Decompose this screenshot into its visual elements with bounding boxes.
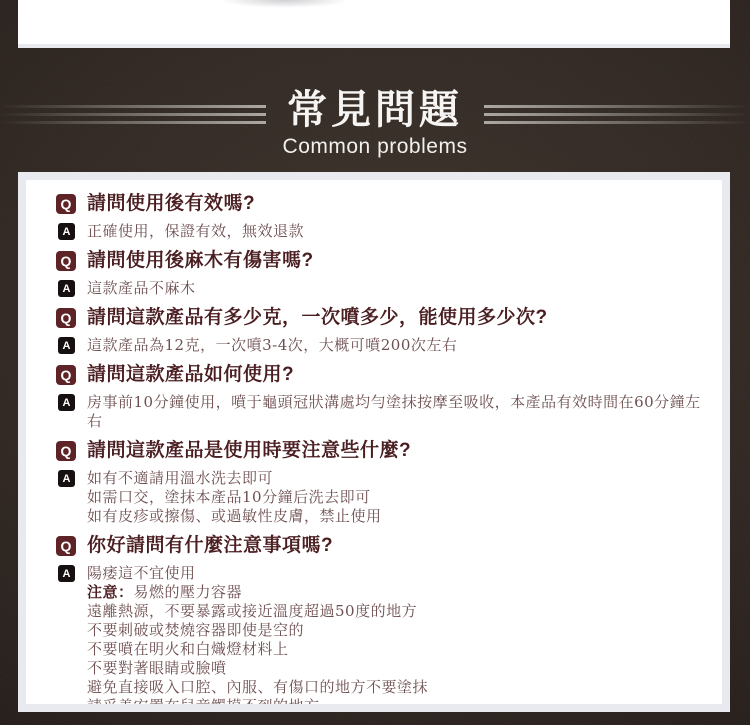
answer-note-prefix: 注意：: [87, 584, 134, 601]
answer-lines: 正確使用，保證有效，無效退款: [87, 222, 304, 241]
question-badge: Q: [56, 251, 76, 271]
answer-line: 注意：易燃的壓力容器: [87, 583, 428, 602]
answer-badge: A: [58, 470, 75, 487]
answer-line: 不要噴在明火和白熾燈材料上: [87, 640, 428, 659]
answer-badge: A: [58, 394, 75, 411]
answer-lines: 如有不適請用溫水洗去即可如需口交，塗抹本產品10分鐘后洗去即可如有皮疹或擦傷、或…: [87, 469, 382, 526]
answer-line: 正確使用，保證有效，無效退款: [87, 222, 304, 241]
answer-row: A 正確使用，保證有效，無效退款: [56, 222, 706, 241]
question-row: Q 請問這款產品有多少克，一次噴多少，能使用多少次?: [56, 306, 706, 330]
page-subtitle: Common problems: [0, 134, 750, 160]
question-row: Q 你好請問有什麼注意事項嗎?: [56, 534, 706, 558]
faq-card: Q 請問使用後有效嗎? A 正確使用，保證有效，無效退款 Q 請問使用後麻木有傷…: [18, 172, 730, 712]
question-badge: Q: [56, 536, 76, 556]
question-row: Q 請問使用後有效嗎?: [56, 192, 706, 216]
answer-row: A 房事前10分鐘使用，噴于龜頭冠狀溝處均勻塗抹按摩至吸收，本產品有效時間在60…: [56, 393, 706, 431]
question-badge: Q: [56, 308, 76, 328]
faq-item: Q 請問使用後有效嗎? A 正確使用，保證有效，無效退款: [56, 192, 706, 241]
product-faq-page: { "colors": { "page_bg": "#2e2520", "car…: [0, 0, 750, 725]
question-text: 請問使用後有效嗎?: [87, 192, 255, 216]
question-row: Q 請問這款產品是使用時要注意些什麼?: [56, 439, 706, 463]
question-text: 請問這款產品是使用時要注意些什麼?: [87, 439, 411, 463]
answer-line: 這款產品為12克，一次噴3-4次，大概可噴200次左右: [87, 336, 457, 355]
answer-badge: A: [58, 565, 75, 582]
page-title: 常見問題: [0, 86, 750, 134]
faq-list: Q 請問使用後有效嗎? A 正確使用，保證有效，無效退款 Q 請問使用後麻木有傷…: [26, 180, 722, 704]
question-badge: Q: [56, 441, 76, 461]
answer-lines: 這款產品不麻木: [87, 279, 196, 298]
answer-line: 如需口交，塗抹本產品10分鐘后洗去即可: [87, 488, 382, 507]
answer-badge: A: [58, 280, 75, 297]
answer-line: 遠離熱源，不要暴露或接近溫度超過50度的地方: [87, 602, 428, 621]
question-text: 請問使用後麻木有傷害嗎?: [87, 249, 314, 273]
answer-row: A 這款產品不麻木: [56, 279, 706, 298]
answer-line: 不要對著眼睛或臉噴: [87, 659, 428, 678]
answer-row: A 如有不適請用溫水洗去即可如需口交，塗抹本產品10分鐘后洗去即可如有皮疹或擦傷…: [56, 469, 706, 526]
answer-line: 避免直接吸入口腔、內服、有傷口的地方不要塗抹: [87, 678, 428, 697]
faq-item: Q 請問這款產品是使用時要注意些什麼? A 如有不適請用溫水洗去即可如需口交，塗…: [56, 439, 706, 526]
answer-line: 如有不適請用溫水洗去即可: [87, 469, 382, 488]
answer-line: 請妥善安置在兒童觸摸不到的地方: [87, 697, 428, 704]
answer-lines: 這款產品為12克，一次噴3-4次，大概可噴200次左右: [87, 336, 457, 355]
answer-line: 如有皮疹或擦傷、或過敏性皮膚，禁止使用: [87, 507, 382, 526]
faq-item: Q 請問這款產品有多少克，一次噴多少，能使用多少次? A 這款產品為12克，一次…: [56, 306, 706, 355]
image-shadow-remnant: [220, 0, 350, 8]
faq-item: Q 請問這款產品如何使用? A 房事前10分鐘使用，噴于龜頭冠狀溝處均勻塗抹按摩…: [56, 363, 706, 431]
question-badge: Q: [56, 194, 76, 214]
answer-line: 不要刺破或焚燒容器即使是空的: [87, 621, 428, 640]
previous-section-strip: [18, 0, 730, 48]
answer-badge: A: [58, 337, 75, 354]
faq-item: Q 你好請問有什麼注意事項嗎? A 陽痿這不宜使用注意：易燃的壓力容器遠離熱源，…: [56, 534, 706, 704]
question-text: 請問這款產品有多少克，一次噴多少，能使用多少次?: [87, 306, 548, 330]
answer-lines: 房事前10分鐘使用，噴于龜頭冠狀溝處均勻塗抹按摩至吸收，本產品有效時間在60分鐘…: [87, 393, 706, 431]
faq-item: Q 請問使用後麻木有傷害嗎? A 這款產品不麻木: [56, 249, 706, 298]
answer-line: 這款產品不麻木: [87, 279, 196, 298]
question-text: 請問這款產品如何使用?: [87, 363, 294, 387]
section-header: 常見問題 Common problems: [0, 48, 750, 172]
question-text: 你好請問有什麼注意事項嗎?: [87, 534, 333, 558]
answer-row: A 陽痿這不宜使用注意：易燃的壓力容器遠離熱源，不要暴露或接近溫度超過50度的地…: [56, 564, 706, 704]
question-badge: Q: [56, 365, 76, 385]
question-row: Q 請問這款產品如何使用?: [56, 363, 706, 387]
question-row: Q 請問使用後麻木有傷害嗎?: [56, 249, 706, 273]
answer-badge: A: [58, 223, 75, 240]
answer-line: 房事前10分鐘使用，噴于龜頭冠狀溝處均勻塗抹按摩至吸收，本產品有效時間在60分鐘…: [87, 393, 706, 431]
answer-row: A 這款產品為12克，一次噴3-4次，大概可噴200次左右: [56, 336, 706, 355]
answer-line: 陽痿這不宜使用: [87, 564, 428, 583]
answer-lines: 陽痿這不宜使用注意：易燃的壓力容器遠離熱源，不要暴露或接近溫度超過50度的地方不…: [87, 564, 428, 704]
